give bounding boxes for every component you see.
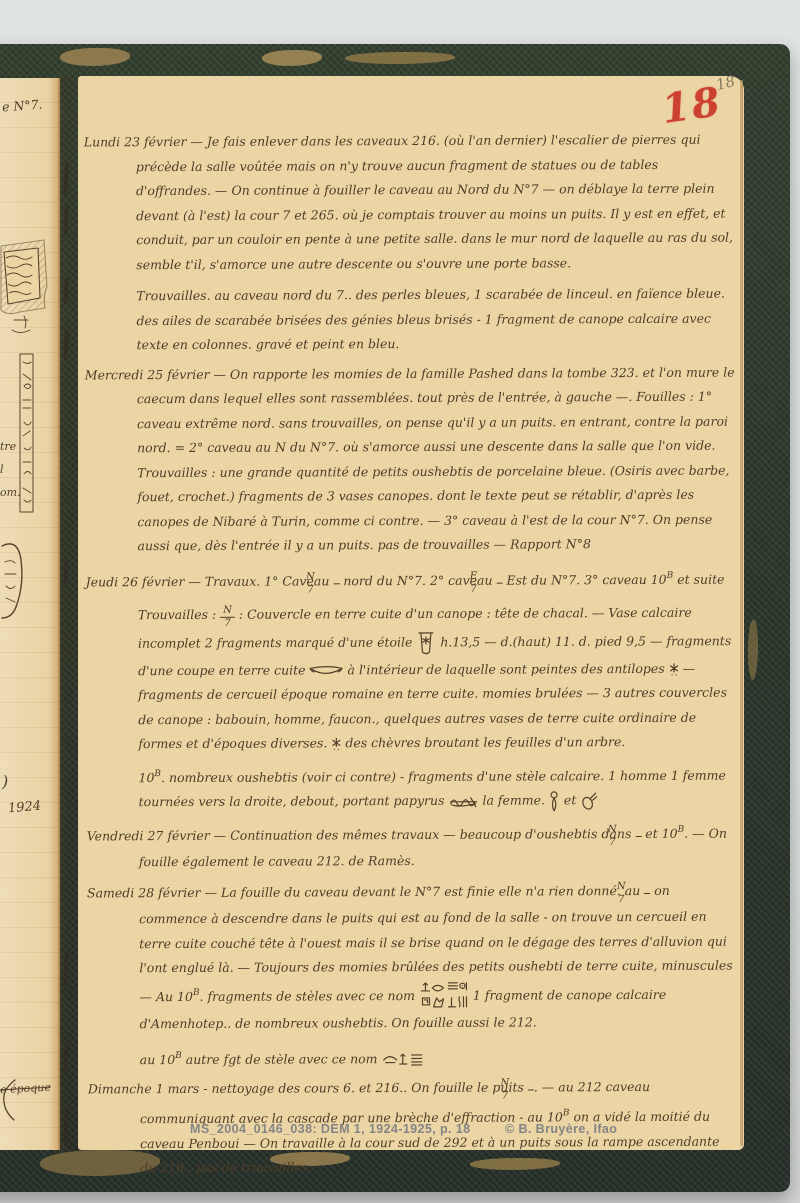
entry-text: et [560,792,580,807]
margin-note-top: e N°7. [2,97,43,115]
diary-entries: Lundi 23 février — Je fais enlever dans … [84,128,739,1188]
page-right-edge [740,80,743,1146]
entry-text: et 10 [641,825,677,840]
entry-date: Mercredi 25 février — [85,366,230,382]
bowl-sketch [310,665,344,675]
entry-text: autre fgt de stèle avec ce nom [182,1051,382,1067]
entry-text: Est du N°7. 3° caveau 10 [502,571,666,587]
diary-entry: Jeudi 26 février — Travaux. 1° Caveau N7… [86,563,736,596]
fraction-notation: N7 [220,605,235,628]
glyphs1-sketch [419,981,469,1011]
margin-arc-sketch [0,1078,20,1124]
hieroglyph-column-sketch [0,352,36,520]
loop-sketch [580,791,597,811]
margin-note-year: 1924 [7,799,41,817]
entry-text: 10 [138,770,154,785]
entry-text: et suite [673,571,724,586]
entry-text: . fragments de stèles avec ce nom [200,987,419,1003]
star-sketch [331,737,341,750]
entry-date: Lundi 23 février — [84,134,207,150]
entry-text: Je fais enlever dans les caveaux 216. (o… [136,132,733,272]
cartouche-sketch [0,540,26,624]
diary-entry: 10B. nombreux oushebtis (voir ci contre)… [86,759,736,815]
entry-text: On rapporte les momies de la famille Pas… [137,364,735,553]
diary-entry: au 10B autre fgt de stèle avec ce nom [88,1041,738,1072]
caption-credit: © B. Bruyère, Ifao [505,1122,617,1136]
diary-entry: Trouvailles : N7 : Couvercle en terre cu… [86,600,737,757]
entry-text: . nombreux oushebtis (voir ci contre) - … [139,767,726,809]
binding-gutter [58,76,80,1152]
entry-date: Dimanche 1 mars - [88,1081,212,1097]
diary-entry: Trouvailles. au caveau nord du 7.. des p… [84,282,734,358]
entry-text: à l'intérieur de laquelle sont peintes d… [343,660,668,676]
entry-text: la femme. [478,792,549,807]
margin-note-paren: ) [2,772,8,791]
entry-date: Samedi 28 février — [87,885,221,901]
star-sketch [669,662,679,675]
page-number-red: 18 [659,78,725,133]
stela-fragment-sketch [0,238,52,346]
glyphs2-sketch [381,1051,423,1066]
vase-sketch [416,627,436,657]
entry-text: Trouvailles : [138,606,220,621]
entry-text: au 10 [140,1052,175,1067]
entry-text: La fouille du caveau devant le N°7 est f… [221,883,644,900]
entry-text: Trouvailles. au caveau nord du 7.. des p… [136,286,725,353]
caption-id: MS_2004_0146_038: DEM 1, 1924-1925, p. 1… [190,1122,470,1136]
entry-date: Jeudi 26 février — [86,573,205,589]
archive-caption: MS_2004_0146_038: DEM 1, 1924-1925, p. 1… [0,1122,800,1142]
scanned-notebook-photo: 18 18 e N°7. tre l om. ) 1924 e époque L… [0,0,800,1203]
entry-text: nettoyage des cours 6. et 216.. On fouil… [211,1079,527,1095]
diary-entry: Vendredi 27 février — Continuation des m… [87,817,737,874]
ankh-sketch [549,790,560,812]
diary-entry: Samedi 28 février — La fouille du caveau… [87,879,738,1037]
diary-entry: Mercredi 25 février — On rapporte les mo… [85,360,736,559]
entry-date: Vendredi 27 février — [87,827,231,843]
entry-text: des chèvres broutant les feuilles d'un a… [341,734,625,750]
scratch-sketch [448,794,478,808]
entry-text: Continuation des mêmes travaux — beaucou… [230,826,635,843]
diary-entry: Lundi 23 février — Je fais enlever dans … [84,128,735,278]
